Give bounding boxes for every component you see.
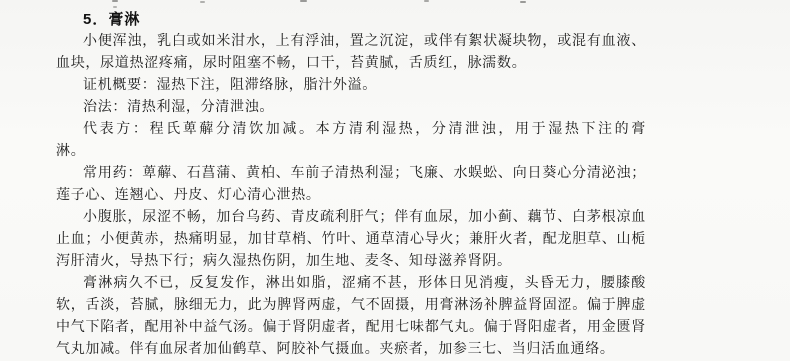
body-text-line: 气丸加减。伴有血尿者加仙鹤草、阿胶补气摄血。夹瘀者，加参三七、当归活血通络。 — [56, 339, 646, 361]
body-text-line: 证机概要：湿热下注，阻滞络脉，脂汁外溢。 — [56, 75, 646, 97]
body-text-line: 小便浑浊，乳白或如米泔水，上有浮油，置之沉淀，或伴有絮状凝块物，或混有血液、 — [56, 31, 646, 53]
scan-artifact-mark — [200, 1, 205, 3]
scan-artifact-mark — [112, 0, 118, 2]
body-text-line: 莲子心、连翘心、丹皮、灯心清心泄热。 — [56, 185, 646, 207]
body-text-line: 膏淋病久不已，反复发作，淋出如脂，涩痛不甚，形体日见消瘦，头昏无力，腰膝酸 — [56, 273, 646, 295]
body-text-line: 中气下陷者，配用补中益气汤。偏于肾阴虚者，配用七味都气丸。偏于肾阳虚者，用金匮肾 — [56, 317, 646, 339]
section-heading: 5．膏淋 — [56, 9, 646, 31]
body-text-line: 血块，尿道热涩疼痛，尿时阻塞不畅，口干，苔黄腻，舌质红，脉濡数。 — [56, 53, 646, 75]
body-text-line: 治法：清热利湿，分清泄浊。 — [56, 97, 646, 119]
scan-artifact-mark — [300, 0, 307, 2]
scan-artifact-mark — [424, 0, 429, 2]
scan-artifact-mark — [113, 6, 117, 8]
document-text-column: 5．膏淋 小便浑浊，乳白或如米泔水，上有浮油，置之沉淀，或伴有絮状凝块物，或混有… — [56, 9, 646, 361]
scan-artifact-mark — [520, 1, 526, 3]
body-text-line: 常用药：萆薢、石菖蒲、黄柏、车前子清热利湿；飞廉、水蜈蚣、向日葵心分清泌浊； — [56, 163, 646, 185]
body-text-line: 泻肝清火，导热下行；病久湿热伤阴，加生地、麦冬、知母滋养肾阴。 — [56, 251, 646, 273]
body-text-line: 止血；小便黄赤，热痛明显，加甘草梢、竹叶、通草清心导火；兼肝火者，配龙胆草、山栀 — [56, 229, 646, 251]
body-text-line: 代表方：程氏萆薢分清饮加减。本方清利湿热，分清泄浊，用于湿热下注的膏 — [56, 119, 646, 141]
body-text-line: 小腹胀，尿涩不畅，加台乌药、青皮疏利肝气；伴有血尿，加小蓟、藕节、白茅根凉血 — [56, 207, 646, 229]
body-text-line: 淋。 — [56, 141, 646, 163]
body-text-line: 软，舌淡，苔腻，脉细无力，此为脾肾两虚，气不固摄，用膏淋汤补脾益肾固涩。偏于脾虚 — [56, 295, 646, 317]
scanned-document-page: 5．膏淋 小便浑浊，乳白或如米泔水，上有浮油，置之沉淀，或伴有絮状凝块物，或混有… — [0, 0, 790, 361]
